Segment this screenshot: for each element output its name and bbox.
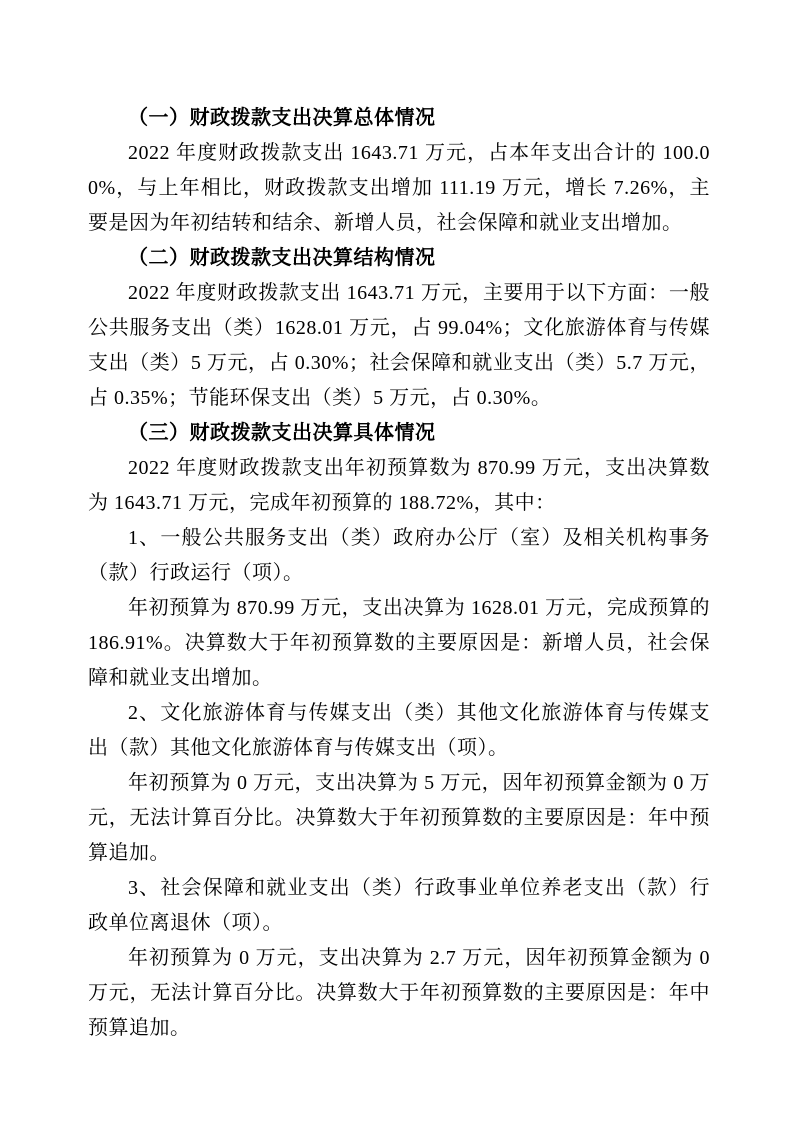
section-2-heading: （二）财政拨款支出决算结构情况: [88, 241, 710, 276]
section-2-paragraph-structure: 2022 年度财政拨款支出 1643.71 万元，主要用于以下方面：一般公共服务…: [88, 276, 710, 416]
section-3-heading: （三）财政拨款支出决算具体情况: [88, 416, 710, 451]
section-3-item-3-detail: 年初预算为 0 万元，支出决算为 2.7 万元，因年初预算金额为 0 万元，无法…: [88, 941, 710, 1046]
section-3-paragraph-intro: 2022 年度财政拨款支出年初预算数为 870.99 万元，支出决算数为 164…: [88, 451, 710, 521]
section-3-item-3-title: 3、社会保障和就业支出（类）行政事业单位养老支出（款）行政单位离退休（项）。: [88, 871, 710, 941]
section-3-item-2-detail: 年初预算为 0 万元，支出决算为 5 万元，因年初预算金额为 0 万元，无法计算…: [88, 766, 710, 871]
section-1-heading: （一）财政拨款支出决算总体情况: [88, 101, 710, 136]
document-content: （一）财政拨款支出决算总体情况 2022 年度财政拨款支出 1643.71 万元…: [88, 101, 710, 1046]
section-1-paragraph-overall: 2022 年度财政拨款支出 1643.71 万元，占本年支出合计的 100.00…: [88, 136, 710, 241]
section-3-item-2-title: 2、文化旅游体育与传媒支出（类）其他文化旅游体育与传媒支出（款）其他文化旅游体育…: [88, 696, 710, 766]
document-page: （一）财政拨款支出决算总体情况 2022 年度财政拨款支出 1643.71 万元…: [0, 0, 793, 1122]
section-3-item-1-detail: 年初预算为 870.99 万元，支出决算为 1628.01 万元，完成预算的 1…: [88, 591, 710, 696]
section-3-item-1-title: 1、一般公共服务支出（类）政府办公厅（室）及相关机构事务（款）行政运行（项）。: [88, 521, 710, 591]
